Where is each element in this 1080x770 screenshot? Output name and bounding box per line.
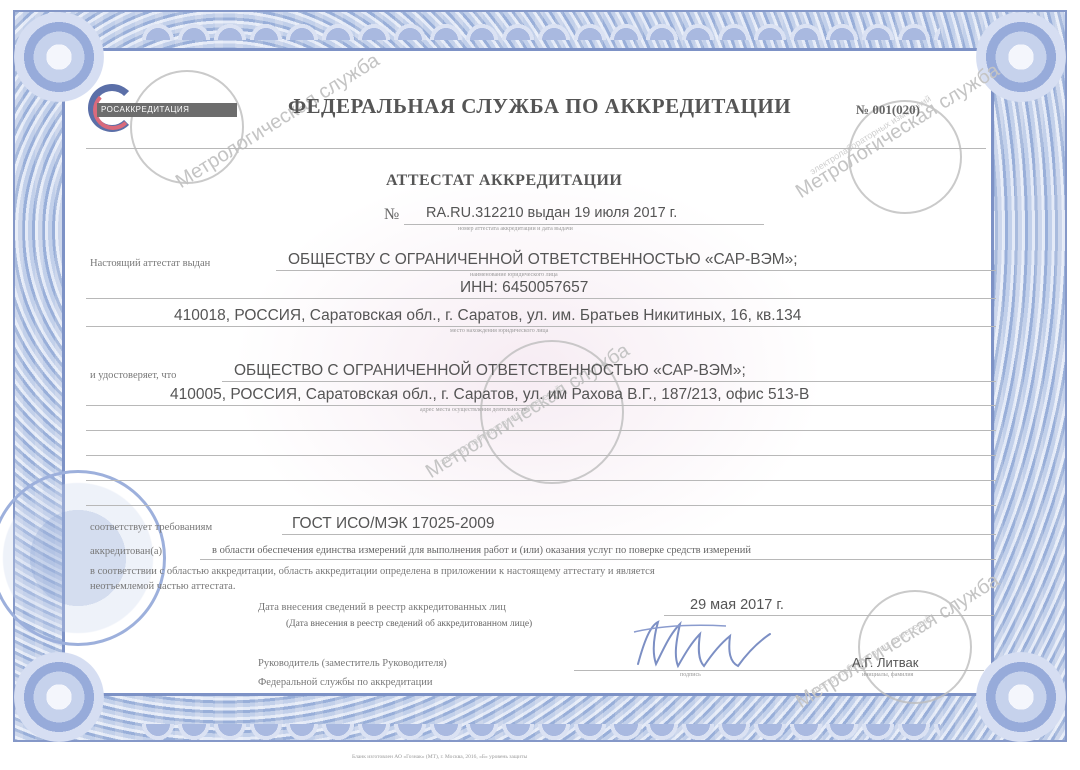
corner-ornament-bottom-left — [14, 652, 104, 742]
issued-to-name: ОБЩЕСТВУ С ОГРАНИЧЕННОЙ ОТВЕТСТВЕННОСТЬЮ… — [288, 251, 798, 269]
border-scallop-bottom — [140, 724, 940, 746]
corner-ornament-top-left — [14, 12, 104, 102]
border-scallop-top — [140, 18, 940, 40]
signature-icon — [630, 612, 790, 676]
certificate-title: АТТЕСТАТ АККРЕДИТАЦИИ — [386, 172, 622, 190]
blank-line-3 — [86, 480, 996, 481]
issued-to-label: Настоящий аттестат выдан — [90, 258, 210, 269]
corner-ornament-top-right — [976, 12, 1066, 102]
certifies-label: и удостоверяет, что — [90, 370, 176, 381]
header-divider — [86, 148, 986, 149]
accredited-label: аккредитован(а) — [90, 546, 162, 557]
issued-to-address-caption: место нахождения юридического лица — [450, 328, 548, 334]
number-prefix: № — [384, 206, 399, 224]
signatory-name-caption: инициалы, фамилия — [862, 672, 913, 678]
certified-name: ОБЩЕСТВО С ОГРАНИЧЕННОЙ ОТВЕТСТВЕННОСТЬЮ… — [234, 362, 746, 380]
logo-text: РОСАККРЕДИТАЦИЯ — [97, 103, 237, 117]
complies-label: соответствует требованиям — [90, 522, 212, 533]
certified-address-caption: адрес места осуществления деятельности — [420, 407, 527, 413]
issued-to-inn: ИНН: 6450057657 — [460, 279, 588, 297]
standard-underline — [282, 534, 996, 535]
blank-line-2 — [86, 455, 996, 456]
signatory-label-line2: Федеральной службы по аккредитации — [258, 677, 432, 688]
address-underline — [86, 326, 996, 327]
scope-underline — [200, 559, 996, 560]
issuer-title: ФЕДЕРАЛЬНАЯ СЛУЖБА ПО АККРЕДИТАЦИИ — [288, 94, 791, 119]
signatory-name: А.Г. Литвак — [852, 655, 918, 670]
number-underline — [404, 224, 764, 225]
scope-note-line2: неотъемлемой частью аттестата. — [90, 581, 235, 592]
certified-address: 410005, РОССИЯ, Саратовская обл., г. Сар… — [170, 386, 809, 404]
footer-print-info: Бланк изготовлен АО «Гознак» (МТ), г. Мо… — [352, 754, 527, 760]
accreditation-scope: в области обеспечения единства измерений… — [212, 545, 751, 556]
issued-to-address: 410018, РОССИЯ, Саратовская обл., г. Сар… — [174, 307, 801, 325]
register-date-caption: (Дата внесения в реестр сведений об аккр… — [286, 619, 532, 629]
certified-name-underline — [222, 381, 996, 382]
signatory-label-line1: Руководитель (заместитель Руководителя) — [258, 658, 447, 669]
corner-ornament-bottom-right — [976, 652, 1066, 742]
form-number: № 001(020) — [856, 102, 920, 118]
issued-to-name-underline — [276, 270, 996, 271]
register-date: 29 мая 2017 г. — [690, 597, 784, 613]
register-date-label: Дата внесения сведений в реестр аккредит… — [258, 602, 506, 613]
inn-underline — [86, 298, 996, 299]
blank-line-4 — [86, 505, 996, 506]
scope-note-line1: в соответствии с областью аккредитации, … — [90, 566, 655, 577]
number-caption: номер аттестата аккредитации и дата выда… — [458, 226, 573, 232]
certificate-number: RA.RU.312210 выдан 19 июля 2017 г. — [426, 205, 677, 221]
issued-to-name-caption: наименование юридического лица — [470, 272, 558, 278]
certified-address-underline — [86, 405, 996, 406]
standard-value: ГОСТ ИСО/МЭК 17025-2009 — [292, 515, 495, 533]
blank-line-1 — [86, 430, 996, 431]
